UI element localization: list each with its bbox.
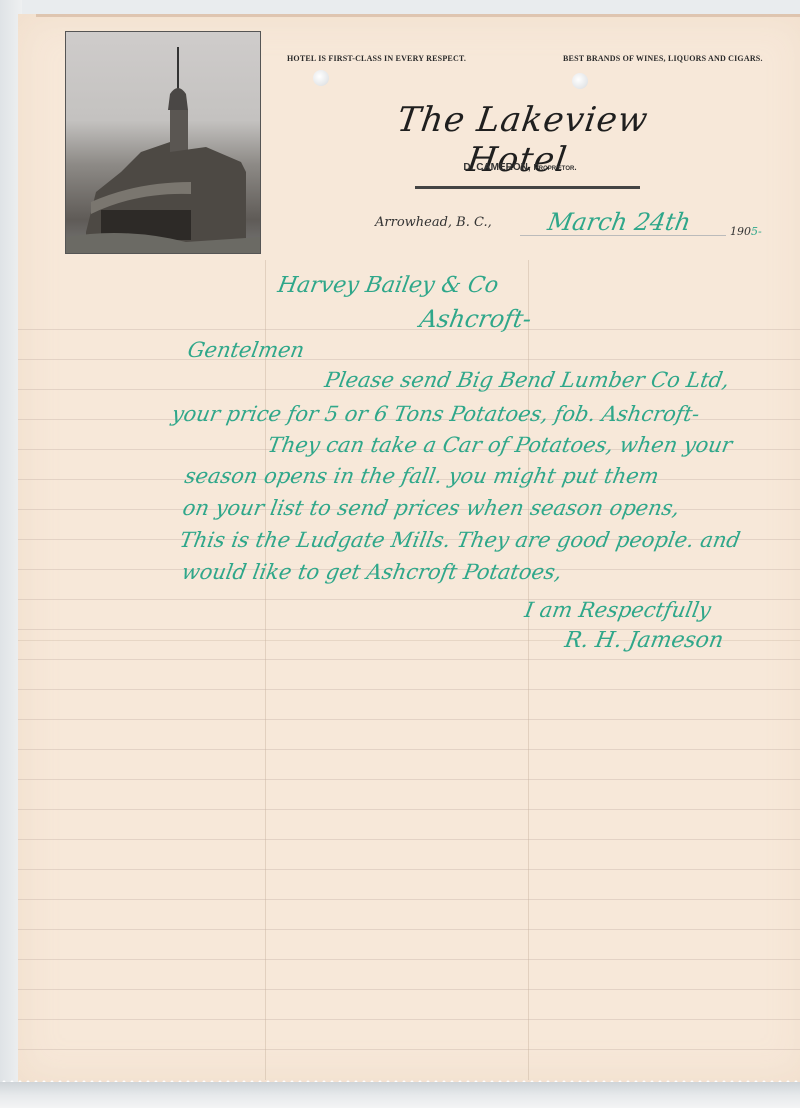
proprietor: D. CAMERON, Proprietor. — [420, 162, 620, 173]
sleeve-bottom-edge — [0, 1082, 800, 1108]
place-of-writing: Arrowhead, B. C., — [375, 215, 492, 230]
body-line: on your list to send prices when season … — [181, 496, 682, 520]
body-line: They can take a Car of Potatoes, when yo… — [266, 433, 734, 457]
fold-crease-vertical — [265, 260, 266, 1080]
body-line: your price for 5 or 6 Tons Potatoes, fob… — [170, 402, 702, 426]
year-suffix-handwritten: 5- — [751, 225, 762, 238]
hotel-photo — [65, 31, 261, 254]
year-prefix: 190 — [730, 225, 751, 238]
recipient-name: Harvey Bailey & Co — [276, 273, 501, 298]
closing: I am Respectfully — [523, 598, 713, 622]
body-line: season opens in the fall. you might put … — [183, 464, 661, 488]
paper-top-edge — [36, 14, 800, 17]
signature: R. H. Jameson — [563, 628, 726, 653]
year-printed: 1905- — [730, 225, 762, 238]
tagline-right: BEST BRANDS OF WINES, LIQUORS AND CIGARS… — [563, 54, 763, 63]
hotel-building-icon — [66, 32, 260, 253]
letterhead-rule — [415, 186, 640, 189]
salutation: Gentelmen — [186, 338, 306, 362]
body-line: would like to get Ashcroft Potatoes, — [180, 560, 564, 584]
punch-hole — [572, 73, 588, 89]
proprietor-name: D. CAMERON, — [463, 162, 530, 173]
punch-hole — [313, 70, 329, 86]
body-line: Please send Big Bend Lumber Co Ltd, — [323, 368, 731, 392]
tagline-left: HOTEL IS FIRST-CLASS IN EVERY RESPECT. — [287, 54, 466, 63]
proprietor-title: Proprietor. — [533, 163, 576, 172]
handwritten-date: March 24th — [546, 208, 693, 236]
body-line: This is the Ludgate Mills. They are good… — [178, 528, 742, 552]
recipient-place: Ashcroft- — [418, 305, 534, 333]
